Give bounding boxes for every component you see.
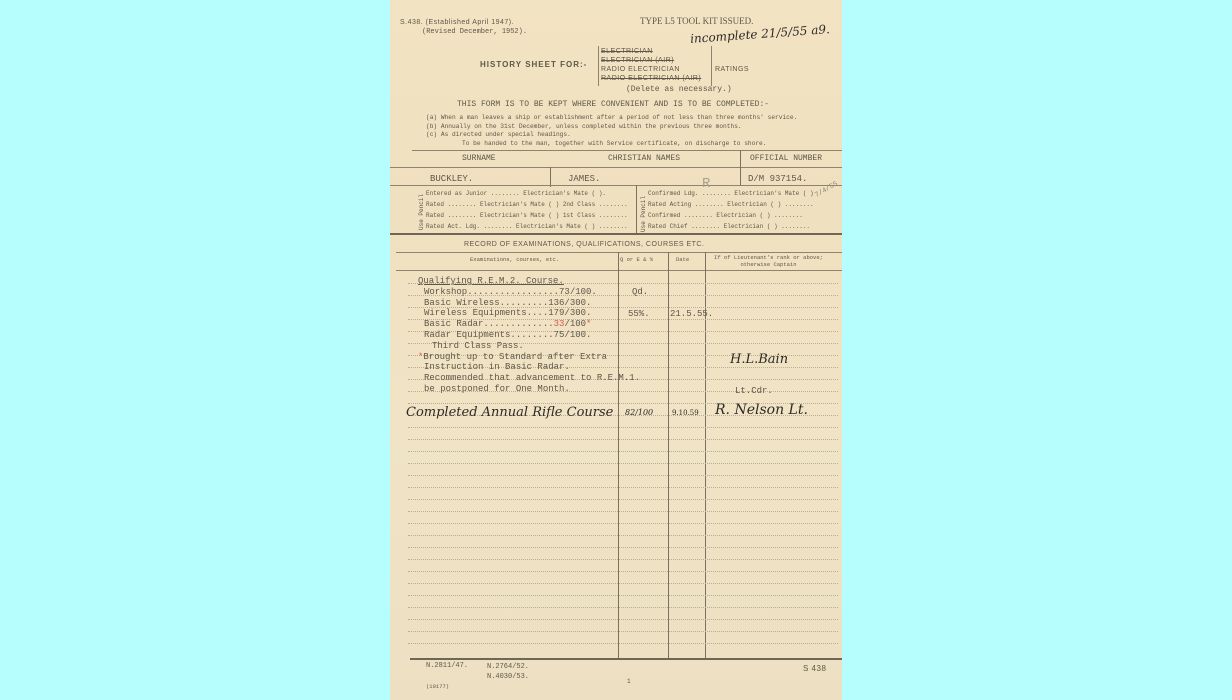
qualification-percent: 55%.: [628, 309, 650, 319]
instructions-title: THIS FORM IS TO BE KEPT WHERE CONVENIENT…: [457, 100, 769, 109]
signature-officer: H.L.Bain: [730, 352, 788, 367]
official-number-label: OFFICIAL NUMBER: [750, 154, 822, 163]
rating-record-line: Rated Chief ........ Electrician ( ) ...…: [648, 221, 814, 232]
divider: [390, 233, 842, 235]
record-line: *Brought up to Standard after Extra: [418, 352, 640, 363]
instruction-item: (a) When a man leaves a ship or establis…: [426, 114, 797, 123]
record-line: Instruction in Basic Radar.: [418, 362, 640, 373]
tool-kit-issued: TYPE L5 TOOL KIT ISSUED.: [640, 16, 753, 26]
rating-record-line: Confirmed ........ Electrician ( ) .....…: [648, 210, 814, 221]
divider: [390, 167, 842, 168]
print-code: (10177): [426, 683, 449, 690]
record-entries: Qualifying R.E.M.2. Course. Workshop....…: [418, 276, 640, 395]
pencil-mark: R: [702, 176, 710, 192]
record-line: Basic Radar.............33/100*: [418, 319, 640, 330]
instruction-item: (b) Annually on the 31st December, unles…: [426, 123, 797, 132]
pencil-mark-date: 7/4/55: [814, 180, 840, 200]
rifle-course-signature: R. Nelson Lt.: [715, 402, 808, 418]
record-line: Radar Equipments........75/100.: [418, 330, 640, 341]
divider: [390, 185, 842, 186]
rating-record-line: Rated ........ Electrician's Mate ( ) 1s…: [426, 210, 628, 221]
rating-record-line: Confirmed Ldg. ........ Electrician's Ma…: [648, 188, 814, 199]
divider: [410, 658, 842, 660]
rating-record-line: Rated Acting ........ Electrician ( ) ..…: [648, 199, 814, 210]
rifle-course-entry: Completed Annual Rifle Course: [406, 405, 613, 420]
surname-label: SURNAME: [462, 154, 496, 163]
qualification-date: 21.5.55.: [670, 309, 713, 319]
page-number: 1: [627, 678, 631, 685]
delete-note: (Delete as necessary.): [626, 85, 732, 94]
signature-rank: Lt.Cdr.: [735, 386, 773, 396]
footer-ref-2: N.2764/52.: [487, 662, 529, 672]
rating-option: RADIO ELECTRICIAN (AIR): [601, 74, 701, 83]
divider: [412, 150, 842, 151]
divider: [396, 270, 842, 271]
ratings-list: ELECTRICIAN ELECTRICIAN (AIR) RADIO ELEC…: [601, 47, 701, 83]
record-line: Qualifying R.E.M.2. Course.: [418, 276, 640, 287]
christian-names-value: JAMES.: [568, 174, 600, 184]
rating-record-line: Rated Act. Ldg. ........ Electrician's M…: [426, 221, 628, 232]
record-line: be postponed for One Month.: [418, 384, 640, 395]
record-line: Third Class Pass.: [418, 341, 640, 352]
history-sheet-document: S.438. (Established April 1947). (Revise…: [390, 0, 842, 700]
record-line: Wireless Equipments....179/300.: [418, 308, 640, 319]
form-number: S.438. (Established April 1947).: [400, 19, 514, 26]
qualification-qd: Qd.: [632, 287, 648, 297]
column-header-signature: If of Lieutenant's rank or above; otherw…: [706, 254, 831, 268]
column-header-exams: Examinations, courses, etc.: [470, 256, 559, 263]
instructions-footer: To be handed to the man, together with S…: [426, 140, 797, 149]
revised-date: (Revised December, 1952).: [422, 28, 527, 36]
history-sheet-label: HISTORY SHEET FOR:-: [480, 60, 587, 69]
column-divider: [668, 252, 669, 660]
official-number-value: D/M 937154.: [748, 174, 807, 184]
divider: [550, 167, 551, 187]
record-title: RECORD OF EXAMINATIONS, QUALIFICATIONS, …: [464, 241, 704, 248]
ratings-label: RATINGS: [715, 66, 749, 73]
column-header-date: Date: [676, 256, 689, 263]
record-line: Recommended that advancement to R.E.M.1.: [418, 373, 640, 384]
instructions-list: (a) When a man leaves a ship or establis…: [426, 114, 797, 148]
rating-record-line: Entered as Junior ........ Electrician's…: [426, 188, 628, 199]
ratings-record-left: Entered as Junior ........ Electrician's…: [426, 188, 628, 232]
divider: [396, 252, 842, 253]
rifle-course-score: 82/100: [625, 408, 653, 417]
column-header-qe: Q or E & %: [620, 256, 653, 263]
instruction-item: (c) As directed under special headings.: [426, 131, 797, 140]
record-line: Workshop.................73/100.: [418, 287, 640, 298]
rating-record-line: Rated ........ Electrician's Mate ( ) 2n…: [426, 199, 628, 210]
use-pencil-label: Use Pencil: [418, 190, 425, 230]
ratings-record-right: Confirmed Ldg. ........ Electrician's Ma…: [648, 188, 814, 232]
footer-ref-3: N.4030/53.: [487, 672, 529, 682]
rating-option-selected: RADIO ELECTRICIAN: [601, 65, 701, 74]
footer-ref-1: N.2811/47.: [426, 662, 468, 670]
divider: [636, 185, 637, 233]
christian-names-label: CHRISTIAN NAMES: [608, 154, 680, 163]
surname-value: BUCKLEY.: [430, 174, 473, 184]
use-pencil-label: Use Pencil: [640, 192, 647, 232]
rating-option: ELECTRICIAN (AIR): [601, 56, 701, 65]
rating-option: ELECTRICIAN: [601, 47, 701, 56]
divider: [740, 150, 741, 185]
record-line: Basic Wireless.........136/300.: [418, 298, 640, 309]
form-code: S 438: [803, 664, 826, 673]
footer-refs: N.2764/52. N.4030/53.: [487, 662, 529, 682]
rifle-course-date: 9.10.59: [672, 409, 699, 417]
